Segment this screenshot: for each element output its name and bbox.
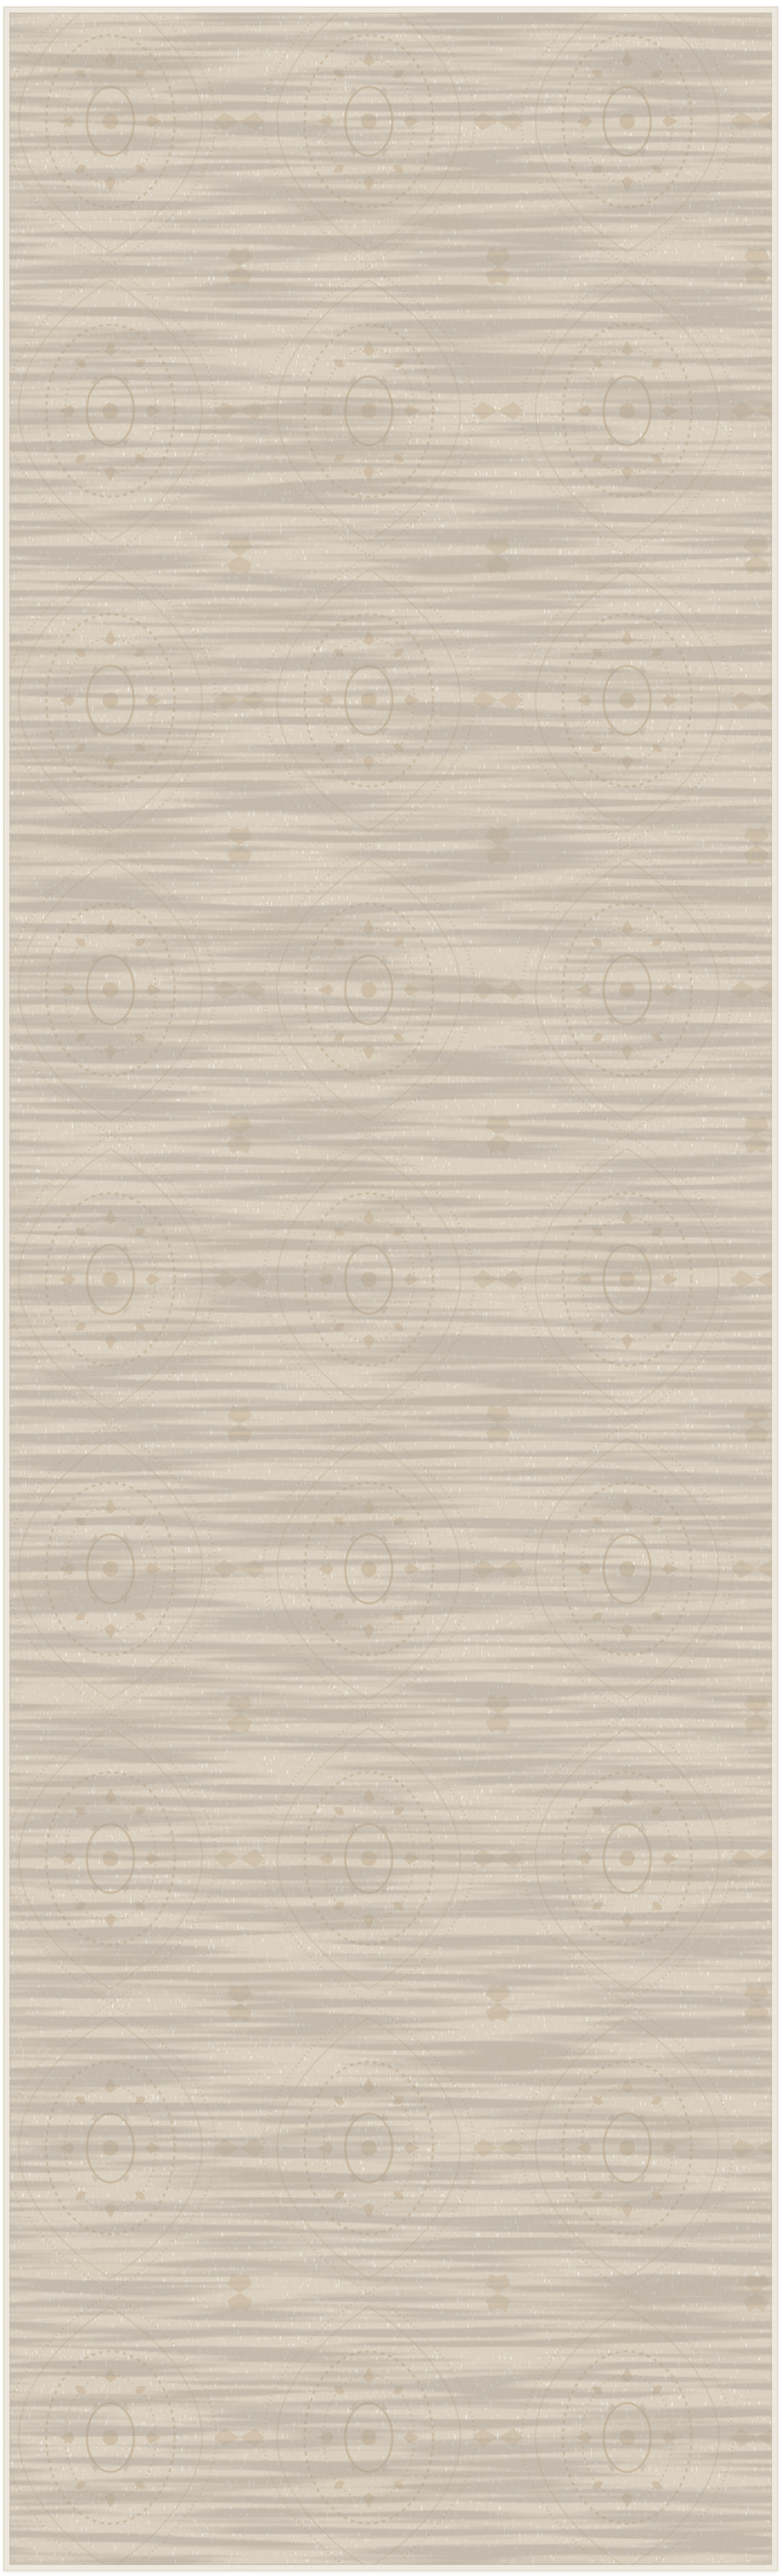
runner-rug: [5, 8, 777, 2570]
rug-pattern: [5, 8, 777, 2570]
product-image: [0, 0, 783, 2576]
